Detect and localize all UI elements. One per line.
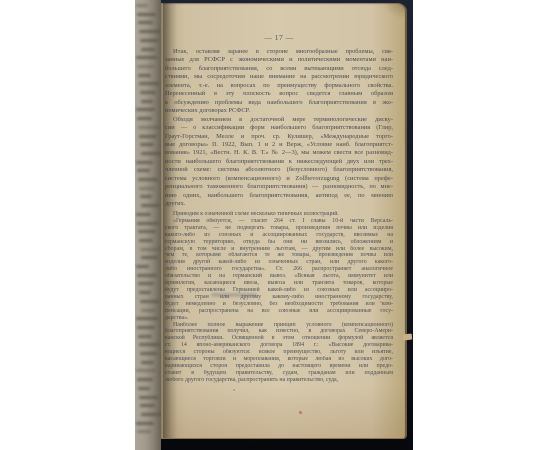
book-photo: — 17 — Итак, оставляя заранее в стороне … — [135, 0, 413, 450]
blurred-text-line — [136, 108, 155, 111]
foxing-spot — [299, 411, 302, 414]
text-line: благоприятствования получил, как известн… — [165, 328, 393, 335]
blurred-text-line — [137, 65, 154, 68]
text-line: членной схеме: система абсолютного (безу… — [165, 166, 393, 174]
text-line: ющиеся стороны обязуются: всякое преимущ… — [165, 349, 393, 356]
blurred-text-line — [139, 30, 161, 33]
text-line: канской Республики. Освященной в этом от… — [165, 335, 393, 342]
blurred-text-line — [141, 152, 161, 155]
blurred-text-line — [136, 422, 154, 425]
text-line: пенсации, распространена на все союзные … — [165, 308, 393, 315]
text-line: сборам, в том числе и внутренним льготам… — [165, 246, 393, 253]
blurred-text-line — [141, 204, 160, 207]
blurred-text-line — [136, 56, 157, 59]
blurred-text-line — [140, 248, 161, 251]
blurred-text-line — [141, 309, 156, 312]
blurred-text-line — [139, 396, 158, 399]
blurred-text-line — [141, 361, 154, 364]
text-line: большего благоприятствования, со всеми в… — [165, 65, 393, 73]
text-line: вые договоры» II. 1922, Вып. 1 и 2 и Вер… — [165, 141, 393, 149]
blurred-text-line — [140, 39, 158, 42]
text-line: изделия другой какой-либо из означенных … — [165, 259, 393, 266]
body-text: Итак, оставляя заранее в стороне многооб… — [165, 48, 393, 209]
foxing-spot — [233, 389, 235, 391]
text-line: ренциального таможенного благоприятствов… — [165, 183, 393, 191]
blurred-text-line — [137, 326, 155, 329]
small-print-text: Приводим к означенной схеме несколько ти… — [165, 211, 393, 384]
blurred-text-line — [139, 187, 155, 190]
text-line: «Германия обязуется, — гласит 264 ст. I … — [165, 218, 393, 225]
blurred-text-line — [139, 239, 153, 242]
foxing-spot — [380, 301, 382, 303]
blurred-text-line — [136, 265, 149, 268]
text-line: варивающихся сторон предоставила до наст… — [165, 363, 393, 370]
blurred-text-line — [140, 91, 156, 94]
text-line: нию одних, наибольшего благоприятствован… — [165, 192, 393, 200]
blurred-text-line — [136, 317, 158, 320]
text-line: Приводим к означенной схеме несколько ти… — [165, 211, 393, 218]
pencil-mark — [211, 293, 257, 297]
blurred-text-line — [136, 213, 151, 216]
page-corner-shade — [383, 3, 405, 19]
blurred-text-line — [139, 82, 159, 85]
blurred-text-line — [141, 48, 155, 51]
text-line: ст. 14 японо-американского договора 1894… — [165, 342, 393, 349]
text-line: Обходя молчанием в достаточной мере терм… — [165, 116, 393, 124]
text-line: система условного (компенсационного) и Z… — [165, 175, 393, 183]
blurred-text-line — [141, 100, 153, 103]
blurred-text-line — [141, 413, 161, 416]
text-line: касающиеся торговли и мореплавания, кото… — [165, 356, 393, 363]
blurred-text-line — [139, 343, 160, 346]
text-line: какого-либо из союзных и ассоциированных… — [165, 232, 393, 239]
text-line: ванных стран или другому какому-либо ино… — [165, 294, 393, 301]
text-line: ности наибольшего благоприятствования к … — [165, 158, 393, 166]
blurred-text-line — [138, 335, 152, 338]
text-line: ствиями, мы сосредоточим наше внимание н… — [165, 73, 393, 81]
blurred-text-line — [139, 291, 151, 294]
text-line: Перенесенный в эту плоскость вопрос свед… — [165, 90, 393, 98]
scanned-book-photo-canvas: { "photo": { "description": "open antiqu… — [0, 0, 550, 450]
blurred-text-line — [137, 222, 159, 225]
text-line: будут предоставлены Германией какой-либо… — [165, 287, 393, 294]
blurred-text-line — [140, 404, 155, 407]
page-block-edge-notch — [403, 334, 413, 341]
text-line: либо иностранного государства». Ст. 266 … — [165, 266, 393, 273]
blurred-text-line — [138, 387, 150, 390]
text-line: будет немедленно и безусловно, без необх… — [165, 301, 393, 308]
blurred-text-line — [140, 352, 157, 355]
blurred-text-line — [141, 256, 158, 259]
text-line: других. — [165, 200, 393, 208]
blurred-text-line — [138, 178, 158, 181]
text-line: занные для РСФСР с экономическими и поли… — [165, 56, 393, 64]
blurred-text-line — [137, 117, 152, 120]
text-line: Итак, оставляя заранее в стороне многооб… — [165, 48, 393, 56]
page-number: — 17 — — [165, 33, 393, 42]
blurred-text-line — [138, 126, 160, 129]
blurred-text-line — [140, 195, 152, 198]
text-line: привилегия, касающиеся ввоза, вывоза или… — [165, 280, 393, 287]
blurred-text-line — [136, 161, 153, 164]
text-line: чем те, которыми облагаются те же товары… — [165, 252, 393, 259]
blurred-text-line — [137, 378, 153, 381]
blurred-text-line — [136, 4, 148, 7]
blurred-text-line — [137, 13, 156, 16]
text-line: обязательство и на германский вывоз. «Вс… — [165, 273, 393, 280]
text-line: Наиболее полное выражение принцип условн… — [165, 322, 393, 329]
blurred-text-line — [140, 300, 159, 303]
blurred-text-line — [138, 74, 151, 77]
blurred-text-line — [139, 135, 157, 138]
blurred-text-line — [137, 430, 151, 433]
text-line: номических договорах РСФСР. — [165, 107, 393, 115]
text-line: вования» 1921, «Вестн. Н. К. В. Т.» № 2—… — [165, 149, 393, 157]
left-page-edge — [135, 0, 161, 450]
text-line: сии — о классификации форм наибольшего б… — [165, 124, 393, 132]
gutter-highlight — [161, 3, 163, 438]
text-line: ского трактата, — не подвергать товары, … — [165, 225, 393, 232]
blurred-text-line — [138, 282, 154, 285]
blurred-text-line — [137, 274, 157, 277]
blurred-text-line — [136, 369, 156, 372]
text-line: к обсуждению проблемы вида наибольшего б… — [165, 99, 393, 107]
text-line: любого другого государства, распространи… — [165, 377, 393, 384]
text-line: германскую территорию, откуда бы они ни … — [165, 239, 393, 246]
blurred-text-line — [138, 21, 153, 24]
text-line: дарства». — [165, 315, 393, 322]
right-page: — 17 — Итак, оставляя заранее в стороне … — [161, 3, 407, 439]
text-line: Граут-Горстман, Мелле и проч. ср. Кулише… — [165, 133, 393, 141]
blurred-text-line — [137, 169, 150, 172]
blurred-text-line — [138, 230, 156, 233]
text-line: элемента, т.-е. на вопросах по преимущес… — [165, 82, 393, 90]
text-line: ставит в будущем правительству, судам, г… — [165, 370, 393, 377]
blurred-text-line — [140, 143, 154, 146]
